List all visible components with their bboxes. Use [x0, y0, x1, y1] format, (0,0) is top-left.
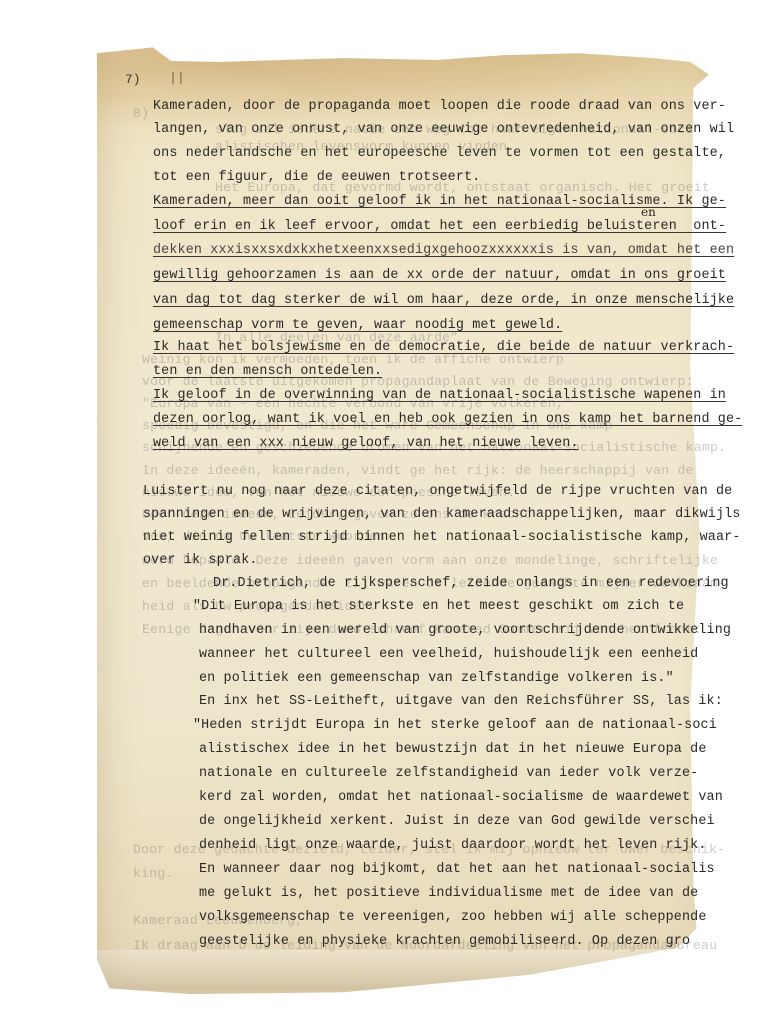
paper-fold	[97, 950, 685, 990]
text-line: Dr.Dietrich, de rijksperschef, zeide onl…	[213, 576, 729, 591]
text-line: kerd zal worden, omdat het nationaal-soc…	[199, 790, 723, 805]
text-line: en politiek een gemeenschap van zelfstan…	[199, 671, 674, 686]
text-line: de ongelijkheid xerkent. Juist in deze v…	[199, 814, 715, 829]
text-line: handhaven in een wereld van groote, voor…	[199, 623, 731, 638]
text-line: En wanneer daar nog bijkomt, dat het aan…	[199, 862, 715, 877]
text-line: alistischex idee in het bewustzijn dat i…	[199, 742, 707, 757]
text-line: ons nederlandsche en het europeesche lev…	[153, 146, 726, 161]
text-line: denheid ligt onze waarde, juist daardoor…	[199, 838, 707, 853]
text-line: wanneer het cultureel een veelheid, huis…	[199, 647, 698, 662]
text-line: van dag tot dag sterker de wil om haar, …	[153, 293, 734, 308]
text-line: weld van een xxx nieuw geloof, van het n…	[153, 436, 579, 451]
pencil-tick-marks: | |	[171, 70, 183, 84]
text-line: gewillig gehoorzamen is aan de xx orde d…	[153, 268, 726, 283]
text-line: Ik haat het bolsjewisme en de democratie…	[153, 340, 734, 355]
text-line: volksgemeenschap te vereenigen, zoo hebb…	[199, 910, 707, 925]
text-line: "Heden strijdt Europa in het sterke gelo…	[193, 718, 717, 733]
text-line: dezen oorlog, want ik voel en heb ook ge…	[153, 412, 742, 427]
text-line: geestelijke en physieke krachten gemobil…	[199, 934, 690, 949]
text-line: Kameraden, door de propaganda moet loope…	[153, 99, 726, 114]
text-line: me gelukt is, het positieve individualis…	[199, 886, 698, 901]
text-line: tot een figuur, die de eeuwen trotseert.	[153, 170, 480, 185]
ghost-line: In deze ideeën, kameraden, vindt ge het …	[142, 463, 694, 478]
text-line: niet weinig fellen strijd binnen het nat…	[143, 530, 741, 545]
text-line: ten en den mensch ontedelen.	[153, 364, 382, 379]
text-line: nationale en cultureele zelfstandigheid …	[199, 766, 698, 781]
handwritten-insertion: en	[641, 205, 656, 219]
ghost-page-number: 8)	[133, 106, 149, 121]
text-line: Ik geloof in de overwinning van de natio…	[153, 388, 726, 403]
text-line: Luistert nu nog naar deze citaten, onget…	[143, 484, 732, 499]
page-number: 7)	[125, 72, 141, 87]
text-line: spanningen en de wrijvingen, van den kam…	[143, 507, 741, 522]
text-line: "Dit Europa is het sterkste en het meest…	[193, 599, 684, 614]
text-line: gemeenschap vorm te geven, waar noodig m…	[153, 318, 562, 333]
text-line: loof erin en ik leef ervoor, omdat het e…	[153, 219, 726, 234]
ghost-line: king.	[133, 866, 174, 881]
text-line: En inx het SS-Leitheft, uitgave van den …	[199, 694, 723, 709]
text-line: over ik sprak.	[143, 553, 258, 568]
text-line-struck: dekken xxxisxxsxdxkxhetxeenxxsedigxgehoo…	[153, 243, 734, 258]
text-line: langen, van onze onrust, van onze eeuwig…	[153, 122, 734, 137]
